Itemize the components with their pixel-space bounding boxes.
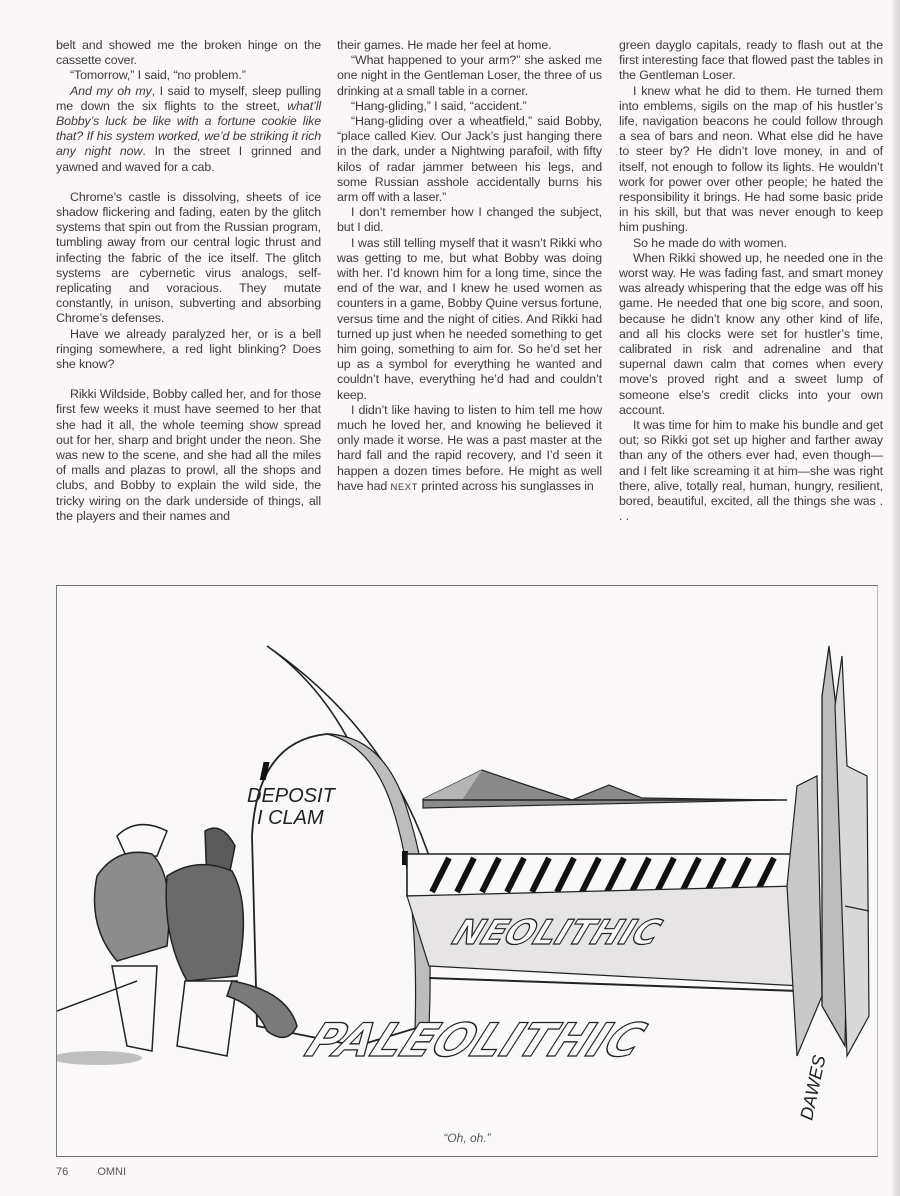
- article-column-3: green dayglo capitals, ready to flash ou…: [619, 38, 883, 525]
- cartoon-frame: DEPOSIT I CLAM NEOLITHIC PALEOLITHIC: [56, 585, 878, 1157]
- sign-line-1: DEPOSIT: [247, 785, 337, 807]
- article-paragraph: I don’t remember how I changed the subje…: [337, 205, 602, 235]
- article-paragraph: When Rikki showed up, he needed one in t…: [619, 251, 883, 418]
- artist-signature: DAWES: [796, 1053, 829, 1121]
- article-paragraph: I knew what he did to them. He turned th…: [619, 84, 883, 236]
- text-segment: NEXT: [391, 482, 418, 493]
- article-column-1: belt and showed me the broken hinge on t…: [56, 38, 321, 524]
- page-footer: 76 OMNI: [56, 1166, 152, 1178]
- article-paragraph: “Hang-gliding over a wheatfield,” said B…: [337, 114, 602, 205]
- text-segment: printed across his sunglasses in: [418, 479, 594, 493]
- text-segment: And my oh my: [70, 84, 152, 98]
- article-paragraph: So he made do with women.: [619, 236, 883, 251]
- paleolithic-label: PALEOLITHIC: [298, 1014, 654, 1067]
- article-paragraph: Chrome’s castle is dissolving, sheets of…: [56, 190, 321, 327]
- page-number: 76: [56, 1166, 68, 1178]
- cartoon-illustration: DEPOSIT I CLAM NEOLITHIC PALEOLITHIC: [57, 586, 879, 1158]
- article-paragraph: I was still telling myself that it wasn’…: [337, 236, 602, 403]
- article-paragraph: And my oh my, I said to myself, sleep pu…: [56, 84, 321, 175]
- article-paragraph: their games. He made her feel at home.: [337, 38, 602, 53]
- article-column-2: their games. He made her feel at home.“W…: [337, 38, 602, 495]
- sign-line-2: I CLAM: [257, 807, 324, 829]
- mountains-icon: [423, 770, 787, 808]
- article-paragraph: “Hang-gliding,” I said, “accident.”: [337, 99, 602, 114]
- skyscrapers: [787, 646, 869, 1056]
- magazine-name: OMNI: [97, 1166, 126, 1178]
- article-paragraph: It was time for him to make his bundle a…: [619, 418, 883, 524]
- article-paragraph: “What happened to your arm?” she asked m…: [337, 53, 602, 99]
- article-paragraph: Rikki Wildside, Bobby called her, and fo…: [56, 387, 321, 524]
- article-paragraph: green dayglo capitals, ready to flash ou…: [619, 38, 883, 84]
- article-paragraph: belt and showed me the broken hinge on t…: [56, 38, 321, 68]
- article-paragraph: I didn’t like having to listen to him te…: [337, 403, 602, 495]
- article-paragraph: Have we already paralyzed her, or is a b…: [56, 327, 321, 373]
- article-paragraph: “Tomorrow,” I said, “no problem.”: [56, 68, 321, 83]
- neolithic-label: NEOLITHIC: [447, 913, 667, 952]
- cartoon-caption: “Oh, oh.”: [57, 1131, 877, 1145]
- page-edge-shadow: [892, 0, 900, 1196]
